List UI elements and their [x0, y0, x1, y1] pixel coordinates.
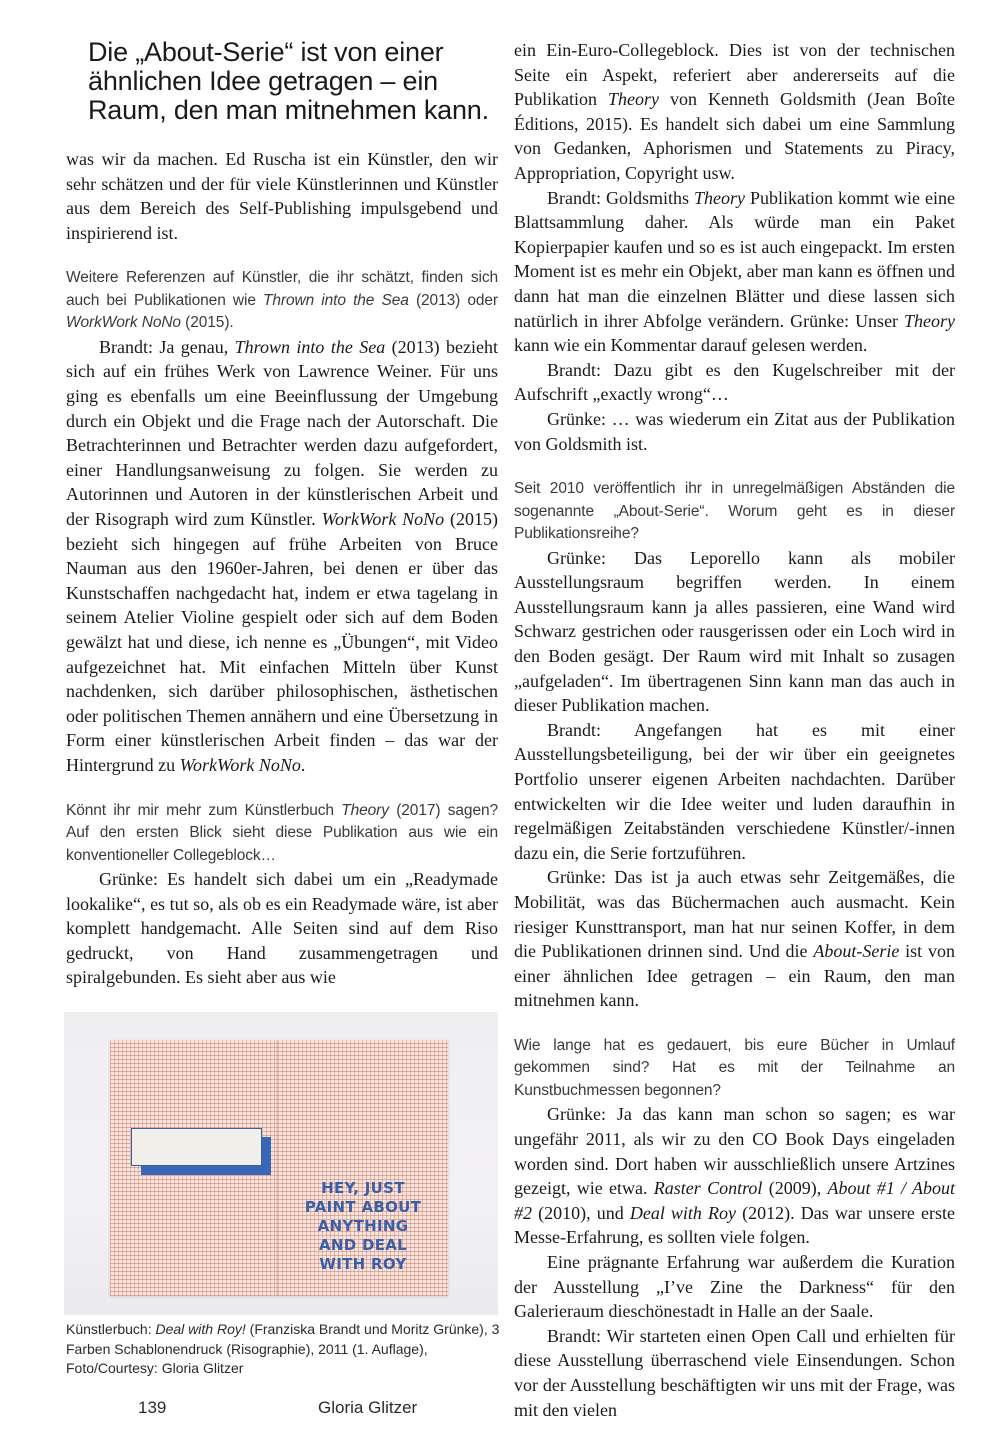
interview-question: Weitere Referenzen auf Künstler, die ihr…	[66, 267, 498, 335]
paragraph: ein Ein-Euro-Collegeblock. Dies ist von …	[514, 38, 955, 186]
paragraph: Brandt: Dazu gibt es den Kugelschreiber …	[514, 358, 955, 407]
paragraph: Grünke: Es handelt sich dabei um ein „Re…	[66, 867, 498, 990]
paragraph: Grünke: Ja das kann man schon so sagen; …	[514, 1102, 955, 1250]
paragraph: Grünke: … was wiederum ein Zitat aus der…	[514, 407, 955, 456]
body-text: Grünke: Ja das kann man schon so sagen; …	[514, 1102, 955, 1422]
page-number: 139	[138, 1398, 166, 1418]
body-text: was wir da machen. Ed Ruscha ist ein Kün…	[66, 147, 498, 245]
running-footer: Gloria Glitzer	[318, 1398, 417, 1418]
body-text: Brandt: Ja genau, Thrown into the Sea (2…	[66, 335, 498, 778]
body-text: Grünke: Das Leporello kann als mobiler A…	[514, 546, 955, 1013]
right-column: ein Ein-Euro-Collegeblock. Dies ist von …	[514, 38, 955, 1422]
label-box	[131, 1128, 262, 1166]
cover-text: HEY, JUST PAINT ABOUT ANYTHING AND DEAL …	[278, 1179, 448, 1274]
body-text: ein Ein-Euro-Collegeblock. Dies ist von …	[514, 38, 955, 456]
left-column: Die „About-Serie“ ist von einer ähnliche…	[66, 38, 498, 990]
interview-question: Wie lange hat es gedauert, bis eure Büch…	[514, 1035, 955, 1103]
photo-caption: Künstlerbuch: Deal with Roy! (Franziska …	[66, 1320, 506, 1379]
paragraph: Brandt: Goldsmiths Theory Publikation ko…	[514, 186, 955, 358]
interview-question: Könnt ihr mir mehr zum Künstlerbuch Theo…	[66, 800, 498, 868]
body-text: Grünke: Es handelt sich dabei um ein „Re…	[66, 867, 498, 990]
paragraph: Grünke: Das ist ja auch etwas sehr Zeitg…	[514, 865, 955, 1013]
paragraph: Brandt: Ja genau, Thrown into the Sea (2…	[66, 335, 498, 778]
pull-quote: Die „About-Serie“ ist von einer ähnliche…	[88, 38, 498, 125]
artist-book-photo: HEY, JUST PAINT ABOUT ANYTHING AND DEAL …	[64, 1012, 498, 1315]
paragraph: Brandt: Wir starteten einen Open Call un…	[514, 1324, 955, 1422]
paragraph: was wir da machen. Ed Ruscha ist ein Kün…	[66, 147, 498, 245]
paragraph: Eine prägnante Erfahrung war außerdem di…	[514, 1250, 955, 1324]
paragraph: Grünke: Das Leporello kann als mobiler A…	[514, 546, 955, 718]
book-page-left	[110, 1040, 277, 1296]
paragraph: Brandt: Angefangen hat es mit einer Auss…	[514, 718, 955, 866]
book-page-right: HEY, JUST PAINT ABOUT ANYTHING AND DEAL …	[277, 1040, 448, 1296]
interview-question: Seit 2010 veröffentlich ihr in unregelmä…	[514, 478, 955, 546]
